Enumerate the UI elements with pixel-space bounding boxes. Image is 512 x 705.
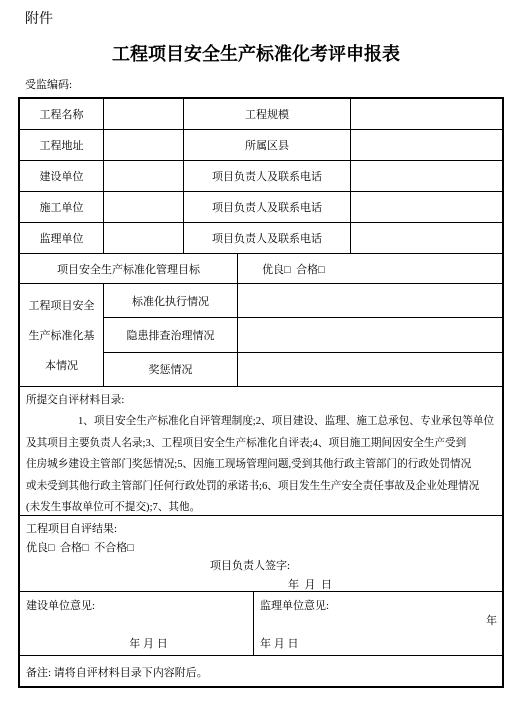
supervision-opinion-date-label: 年 月 日 bbox=[260, 635, 299, 651]
supervisor-unit-value-cell[interactable] bbox=[104, 223, 184, 253]
basic-status-label-line: 工程项目安全 bbox=[29, 297, 95, 313]
row-contractor: 施工单位 项目负责人及联系电话 bbox=[20, 192, 502, 223]
construction-opinion-date-label: 年 月 日 bbox=[20, 635, 253, 651]
form-table: 工程名称 工程规模 工程地址 所属区县 建设单位 项目负责人及联系电话 施工单位… bbox=[18, 97, 504, 688]
hazard-inspection-label: 隐患排查治理情况 bbox=[104, 318, 238, 351]
project-address-value-cell[interactable] bbox=[104, 130, 184, 160]
row-standard-execution: 标准化执行情况 bbox=[104, 284, 502, 318]
standard-execution-label: 标准化执行情况 bbox=[104, 284, 238, 317]
supervisor-contact-value-cell[interactable] bbox=[351, 223, 502, 253]
hazard-inspection-value-cell[interactable] bbox=[238, 318, 502, 351]
form-title: 工程项目安全生产标准化考评申报表 bbox=[0, 40, 512, 66]
materials-text-line: 及其项目主要负责人名录;3、工程项目安全生产标准化自评表;4、项目施工期间因安全… bbox=[26, 433, 496, 454]
materials-catalog-cell: 所提交自评材料目录: 1、项目安全生产标准化自评管理制度;2、项目建设、监理、施… bbox=[20, 387, 502, 516]
management-goal-label: 项目安全生产标准化管理目标 bbox=[20, 254, 238, 283]
supervision-opinion-label: 监理单位意见: bbox=[260, 597, 329, 613]
supervision-opinion-year-overflow: 年 bbox=[486, 612, 497, 628]
self-eval-checkboxes[interactable]: 优良□ 合格□ 不合格□ bbox=[20, 539, 502, 558]
owner-contact-value-cell[interactable] bbox=[351, 161, 502, 191]
district-label: 所属区县 bbox=[184, 130, 351, 160]
remark-cell: 备注: 请将自评材料目录下内容附后。 bbox=[20, 656, 502, 686]
materials-text-line: 1、项目安全生产标准化自评管理制度;2、项目建设、监理、施工总承包、专业承包等单… bbox=[26, 411, 496, 432]
project-address-label: 工程地址 bbox=[20, 130, 104, 160]
self-eval-heading: 工程项目自评结果: bbox=[20, 520, 502, 539]
row-project-name: 工程名称 工程规模 bbox=[20, 99, 502, 130]
supervision-code-label: 受监编码: bbox=[25, 76, 72, 92]
project-name-value-cell[interactable] bbox=[104, 99, 184, 129]
supervisor-contact-label: 项目负责人及联系电话 bbox=[184, 223, 351, 253]
basic-status-label-line: 生产标准化基 bbox=[29, 327, 95, 343]
project-scale-value-cell[interactable] bbox=[351, 99, 502, 129]
project-scale-label: 工程规模 bbox=[184, 99, 351, 129]
construction-unit-opinion-cell[interactable]: 建设单位意见: 年 月 日 bbox=[20, 592, 254, 655]
project-name-label: 工程名称 bbox=[20, 99, 104, 129]
row-hazard-inspection: 隐患排查治理情况 bbox=[104, 318, 502, 352]
row-supervisor: 监理单位 项目负责人及联系电话 bbox=[20, 223, 502, 254]
owner-contact-label: 项目负责人及联系电话 bbox=[184, 161, 351, 191]
contractor-unit-value-cell[interactable] bbox=[104, 192, 184, 222]
contractor-unit-label: 施工单位 bbox=[20, 192, 104, 222]
supervision-unit-opinion-cell[interactable]: 监理单位意见: 年 年 月 日 bbox=[254, 592, 502, 655]
row-management-goal: 项目安全生产标准化管理目标 优良□ 合格□ bbox=[20, 254, 502, 284]
district-value-cell[interactable] bbox=[351, 130, 502, 160]
management-goal-checkboxes[interactable]: 优良□ 合格□ bbox=[238, 254, 502, 283]
section-basic-status: 工程项目安全 生产标准化基 本情况 标准化执行情况 隐患排查治理情况 奖惩情况 bbox=[20, 284, 502, 387]
row-unit-opinions: 建设单位意见: 年 月 日 监理单位意见: 年 年 月 日 bbox=[20, 592, 502, 656]
contractor-contact-label: 项目负责人及联系电话 bbox=[184, 192, 351, 222]
basic-status-label-line: 本情况 bbox=[45, 357, 78, 373]
reward-punishment-value-cell[interactable] bbox=[238, 353, 502, 386]
basic-status-merged-label: 工程项目安全 生产标准化基 本情况 bbox=[20, 284, 104, 386]
materials-text-line: 住房城乡建设主管部门奖惩情况;5、因施工现场管理问题,受到其他行政主管部门的行政… bbox=[26, 454, 496, 475]
row-project-address: 工程地址 所属区县 bbox=[20, 130, 502, 161]
owner-unit-value-cell[interactable] bbox=[104, 161, 184, 191]
materials-text-line: 或未受到其他行政主管部门任何行政处罚的承诺书;6、项目发生生产安全责任事故及企业… bbox=[26, 476, 496, 497]
materials-heading: 所提交自评材料目录: bbox=[26, 390, 496, 411]
owner-unit-label: 建设单位 bbox=[20, 161, 104, 191]
row-construction-owner: 建设单位 项目负责人及联系电话 bbox=[20, 161, 502, 192]
contractor-contact-value-cell[interactable] bbox=[351, 192, 502, 222]
supervisor-unit-label: 监理单位 bbox=[20, 223, 104, 253]
reward-punishment-label: 奖惩情况 bbox=[104, 353, 238, 386]
self-evaluation-cell: 工程项目自评结果: 优良□ 合格□ 不合格□ 项目负责人签字: 年 月 日 bbox=[20, 516, 502, 592]
project-leader-signature-label: 项目负责人签字: bbox=[9, 557, 491, 576]
attachment-label: 附件 bbox=[25, 8, 53, 28]
construction-opinion-label: 建设单位意见: bbox=[26, 597, 95, 613]
row-reward-punishment: 奖惩情况 bbox=[104, 353, 502, 386]
standard-execution-value-cell[interactable] bbox=[238, 284, 502, 317]
form-document-page: 附件 工程项目安全生产标准化考评申报表 受监编码: 工程名称 工程规模 工程地址… bbox=[0, 0, 512, 705]
basic-status-rows: 标准化执行情况 隐患排查治理情况 奖惩情况 bbox=[104, 284, 502, 386]
